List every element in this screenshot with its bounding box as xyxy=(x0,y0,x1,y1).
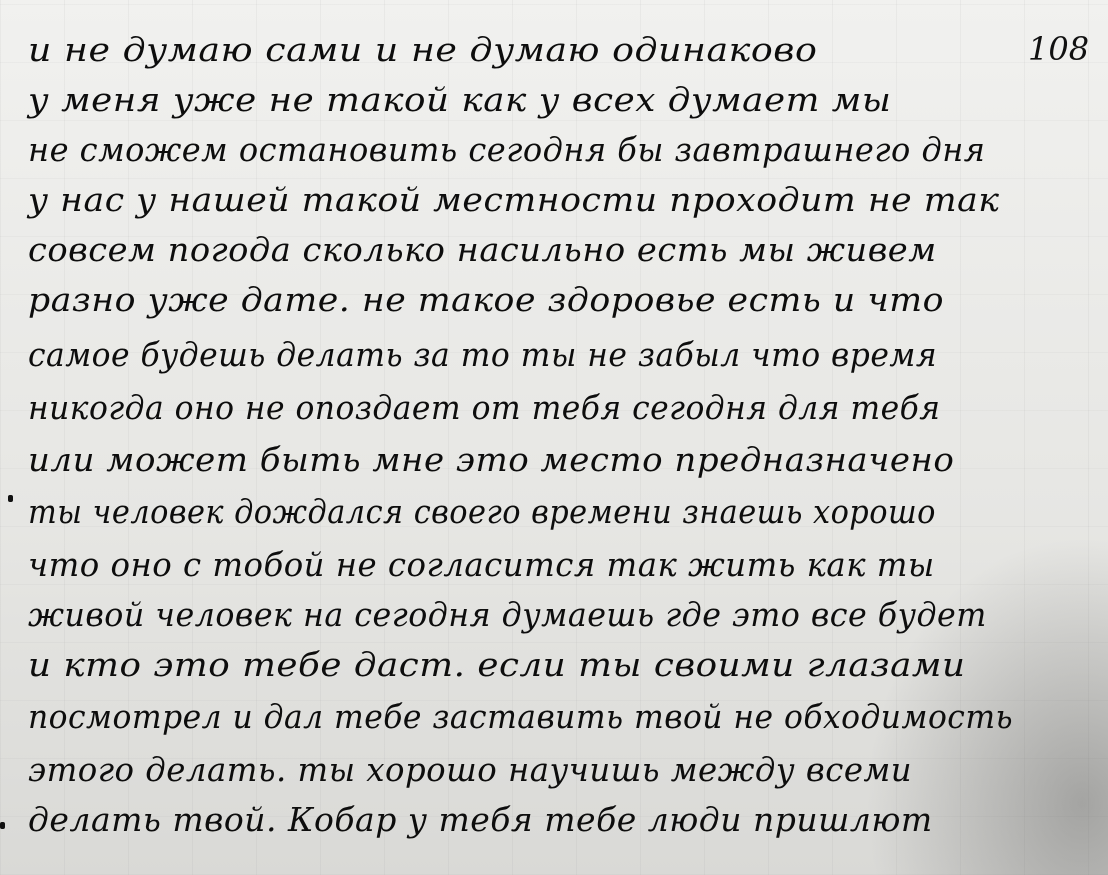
margin-mark xyxy=(8,495,13,502)
margin-mark xyxy=(0,822,5,829)
page-number: 108 xyxy=(1028,30,1089,68)
text-line-15: этого делать. ты хорошо научишь между вс… xyxy=(28,750,912,789)
text-line-8: никогда оно не опоздает от тебя сегодня … xyxy=(28,388,940,427)
text-line-1: и не думаю сами и не думаю одинаково xyxy=(28,30,817,69)
text-line-4: у нас у нашей такой местности проходит н… xyxy=(28,180,1000,219)
text-line-16: делать твой. Кобар у тебя тебе люди приш… xyxy=(28,800,933,839)
text-line-13: и кто это тебе даст. если ты своими глаз… xyxy=(28,645,965,684)
text-line-10: ты человек дождался своего времени знаеш… xyxy=(28,492,936,531)
text-line-12: живой человек на сегодня думаешь где это… xyxy=(28,595,987,634)
text-line-6: разно уже дате. не такое здоровье есть и… xyxy=(28,280,944,319)
text-line-7: самое будешь делать за то ты не забыл чт… xyxy=(28,335,937,374)
text-line-3: не сможем остановить сегодня бы завтрашн… xyxy=(28,130,985,169)
text-line-14: посмотрел и дал тебе заставить твой не о… xyxy=(28,697,1013,736)
text-line-2: у меня уже не такой как у всех думает мы xyxy=(28,80,891,119)
text-line-9: или может быть мне это место предназначе… xyxy=(28,440,954,479)
text-line-5: совсем погода сколько насильно есть мы ж… xyxy=(28,230,937,269)
text-line-11: что оно с тобой не согласится так жить к… xyxy=(28,545,935,584)
